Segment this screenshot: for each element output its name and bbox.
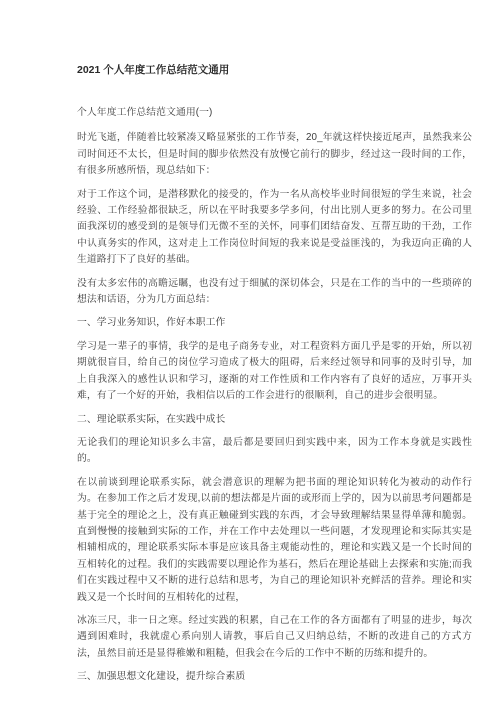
paragraph: 在以前谈到理论联系实际，就会潜意识的理解为把书面的理论知识转化为被动的动作行为。… [77, 475, 472, 606]
section-heading: 二、理论联系实际，在实践中成长 [77, 412, 472, 428]
section-heading: 一、学习业务知识，作好本职工作 [77, 315, 472, 331]
paragraph: 没有太多宏伟的高瞻远瞩，也没有过于细腻的深切体会，只是在工作的当中的一些琐碎的想… [77, 276, 472, 309]
document-body: 个人年度工作总结范文通用(一)时光飞逝，伴随着比较紧凑又略显紧张的工作节奏，20… [77, 105, 472, 686]
paragraph: 对于工作这个词，是潜移默化的接受的，作为一名从高校毕业时间很短的学生来说，社会经… [77, 187, 472, 269]
document-page: 2021 个人年度工作总结范文通用 个人年度工作总结范文通用(一)时光飞逝，伴随… [0, 0, 500, 707]
document-subtitle: 个人年度工作总结范文通用(一) [77, 105, 472, 121]
document-title: 2021 个人年度工作总结范文通用 [77, 62, 472, 78]
paragraph: 时光飞逝，伴随着比较紧凑又略显紧张的工作节奏，20_年就这样快接近尾声，虽然我来… [77, 130, 472, 179]
paragraph: 无论我们的理论知识多么丰富，最后都是要回归到实践中来，因为工作本身就是实践性的。 [77, 435, 472, 468]
paragraph: 冰冻三尺，非一日之寒。经过实践的积累，自己在工作的各方面都有了明显的进步，每次遇… [77, 613, 472, 662]
paragraph: 学习是一辈子的事情，我学的是电子商务专业，对工程资料方面几乎是零的开始，所以初期… [77, 339, 472, 405]
section-heading: 三、加强思想文化建设，提升综合素质 [77, 669, 472, 685]
